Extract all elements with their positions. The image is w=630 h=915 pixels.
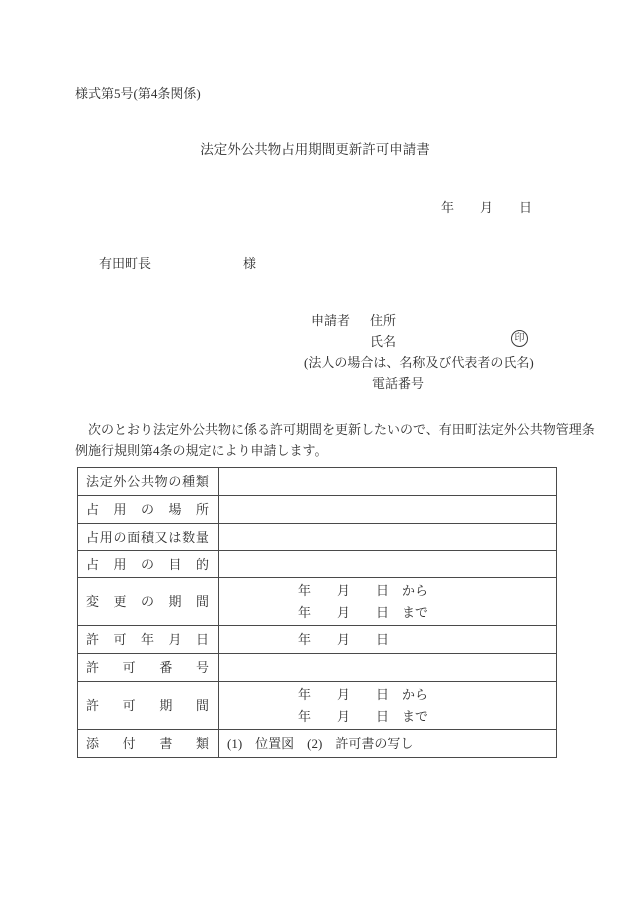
application-date-line: 年 月 日 [441, 198, 532, 217]
table-row-permit-number: 許可番号 [78, 653, 556, 681]
document-title: 法定外公共物占用期間更新許可申請書 [0, 140, 630, 159]
permit-period-from: 年 月 日 から [298, 684, 556, 706]
row-label-permit-date: 許可年月日 [86, 630, 209, 649]
row-label-area: 占用の面積又は数量 [86, 528, 209, 547]
row-value-location [219, 496, 556, 523]
row-label-purpose: 占用の目的 [86, 555, 209, 574]
row-label-attachments: 添付書類 [86, 734, 209, 753]
row-label-permit-number: 許可番号 [86, 658, 209, 677]
row-label-permit-period: 許可期間 [86, 696, 209, 715]
phone-label: 電話番号 [372, 374, 424, 393]
table-row-purpose: 占用の目的 [78, 550, 556, 577]
row-value-area [219, 524, 556, 550]
applicant-label: 申請者 [311, 311, 350, 330]
table-row-change-period: 変更の期間 年 月 日 から 年 月 日 まで [78, 577, 556, 625]
row-label-type: 法定外公共物の種類 [86, 472, 209, 491]
table-row-permit-period: 許可期間 年 月 日 から 年 月 日 まで [78, 681, 556, 729]
table-row-attachments: 添付書類 (1) 位置図 (2) 許可書の写し [78, 729, 556, 757]
table-row-area: 占用の面積又は数量 [78, 523, 556, 550]
corporate-note: (法人の場合は、名称及び代表者の氏名) [304, 353, 534, 372]
row-label-location: 占用の場所 [86, 500, 209, 519]
table-row-type: 法定外公共物の種類 [78, 468, 556, 495]
body-line-2: 例施行規則第4条の規定により申請します。 [75, 441, 327, 460]
form-number: 様式第5号(第4条関係) [75, 84, 201, 103]
row-value-attachments: (1) 位置図 (2) 許可書の写し [219, 730, 556, 757]
permit-period-to: 年 月 日 まで [298, 706, 556, 728]
body-line-1: 次のとおり法定外公共物に係る許可期間を更新したいので、有田町法定外公共物管理条 [75, 420, 595, 439]
row-value-type [219, 468, 556, 495]
applicant-address-label: 住所 [370, 311, 396, 330]
applicant-name-label: 氏名 [370, 332, 396, 351]
application-table: 法定外公共物の種類 占用の場所 占用の面積又は数量 占用の目的 変更の期間 年 … [77, 467, 557, 758]
table-row-permit-date: 許可年月日 年 月 日 [78, 625, 556, 653]
seal-mark-icon: 印 [511, 330, 528, 347]
table-row-location: 占用の場所 [78, 495, 556, 523]
addressee-honorific: 様 [243, 254, 256, 273]
change-period-to: 年 月 日 まで [298, 602, 556, 624]
row-value-purpose [219, 551, 556, 577]
row-value-permit-date: 年 月 日 [219, 626, 556, 653]
row-value-permit-number [219, 654, 556, 681]
application-form-page: 様式第5号(第4条関係) 法定外公共物占用期間更新許可申請書 年 月 日 有田町… [0, 0, 630, 915]
addressee-name: 有田町長 [99, 254, 151, 273]
change-period-from: 年 月 日 から [298, 580, 556, 602]
row-label-change-period: 変更の期間 [86, 592, 209, 611]
